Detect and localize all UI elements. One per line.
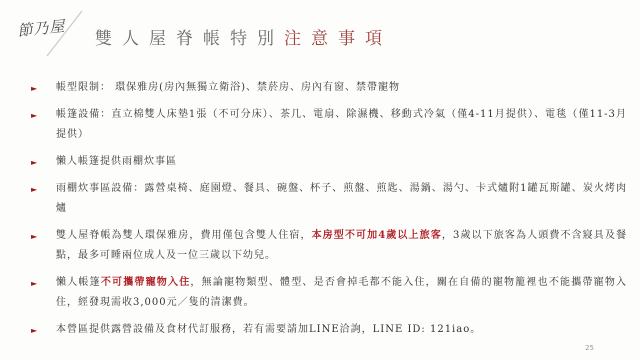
notes-list: ►帳型限制： 環保雅房(房內無獨立衛浴)、禁菸房、房內有窗、禁帶寵物►帳篷設備：…	[30, 78, 627, 347]
logo-text: 節乃屋	[17, 17, 68, 40]
page-number: 25	[585, 344, 594, 352]
highlighted-text: 本房型不可加4歲以上旅客	[312, 230, 442, 241]
bullet-arrow-icon: ►	[31, 153, 38, 173]
note-text: 本營區提供露營設備及食材代訂服務，若有需要請加LINE洽詢，LINE ID: 1…	[56, 324, 481, 335]
note-text: 懶人帳篷提供雨棚炊事區	[56, 156, 177, 167]
bullet-arrow-icon: ►	[31, 106, 38, 126]
note-item: ►帳型限制： 環保雅房(房內無獨立衛浴)、禁菸房、房內有窗、禁帶寵物	[30, 78, 627, 98]
page-title: 雙人屋脊帳特別注意事項	[95, 24, 392, 49]
page-title-highlight: 注意事項	[284, 29, 392, 49]
note-item: ►帳篷設備：直立棉雙人床墊1張（不可分床）、茶几、電扇、除濕機、移動式冷氣（僅4…	[30, 105, 627, 145]
note-item: ►雙人屋脊帳為雙人環保雅房，費用僅包含雙人住宿，本房型不可加4歲以上旅客，3歲以…	[30, 226, 627, 266]
bullet-arrow-icon: ►	[31, 227, 38, 247]
note-item: ►懶人帳篷提供雨棚炊事區	[30, 152, 627, 172]
plain-text: 雨棚炊事區設備：露營桌椅、庭園燈、餐具、碗盤、杯子、煎盤、煎匙、湯鍋、湯勺、卡式…	[56, 183, 627, 214]
note-item: ►懶人帳篷不可攜帶寵物入住，無論寵物類型、體型、是否會掉毛都不能入住，關在自備的…	[30, 273, 627, 313]
bullet-arrow-icon: ►	[31, 321, 38, 341]
bullet-arrow-icon: ►	[31, 180, 38, 200]
brand-logo: 節乃屋	[14, 6, 94, 62]
plain-text: 懶人帳篷提供雨棚炊事區	[56, 156, 177, 167]
plain-text: 帳篷設備：直立棉雙人床墊1張（不可分床）、茶几、電扇、除濕機、移動式冷氣（僅4-…	[56, 109, 627, 140]
note-text: 帳篷設備：直立棉雙人床墊1張（不可分床）、茶几、電扇、除濕機、移動式冷氣（僅4-…	[56, 109, 627, 140]
note-text: 雨棚炊事區設備：露營桌椅、庭園燈、餐具、碗盤、杯子、煎盤、煎匙、湯鍋、湯勺、卡式…	[56, 183, 627, 214]
plain-text: 懶人帳篷	[56, 277, 101, 288]
bullet-arrow-icon: ►	[31, 274, 38, 294]
bullet-arrow-icon: ►	[31, 79, 38, 99]
slide-page: 節乃屋 雙人屋脊帳特別注意事項 ►帳型限制： 環保雅房(房內無獨立衛浴)、禁菸房…	[0, 0, 640, 360]
note-text: 懶人帳篷不可攜帶寵物入住，無論寵物類型、體型、是否會掉毛都不能入住，關在自備的寵…	[56, 277, 627, 308]
note-text: 帳型限制： 環保雅房(房內無獨立衛浴)、禁菸房、房內有窗、禁帶寵物	[56, 82, 400, 93]
note-item: ►本營區提供露營設備及食材代訂服務，若有需要請加LINE洽詢，LINE ID: …	[30, 320, 627, 340]
note-item: ►雨棚炊事區設備：露營桌椅、庭園燈、餐具、碗盤、杯子、煎盤、煎匙、湯鍋、湯勺、卡…	[30, 179, 627, 219]
note-text: 雙人屋脊帳為雙人環保雅房，費用僅包含雙人住宿，本房型不可加4歲以上旅客，3歲以下…	[56, 230, 627, 261]
plain-text: 帳型限制： 環保雅房(房內無獨立衛浴)、禁菸房、房內有窗、禁帶寵物	[56, 82, 400, 93]
page-title-main: 雙人屋脊帳特別	[95, 29, 284, 49]
brand-logo-graphic: 節乃屋	[14, 6, 94, 62]
plain-text: 本營區提供露營設備及食材代訂服務，若有需要請加LINE洽詢，LINE ID: 1…	[56, 324, 481, 335]
highlighted-text: 不可攜帶寵物入住	[101, 277, 191, 288]
plain-text: 雙人屋脊帳為雙人環保雅房，費用僅包含雙人住宿，	[56, 230, 312, 241]
